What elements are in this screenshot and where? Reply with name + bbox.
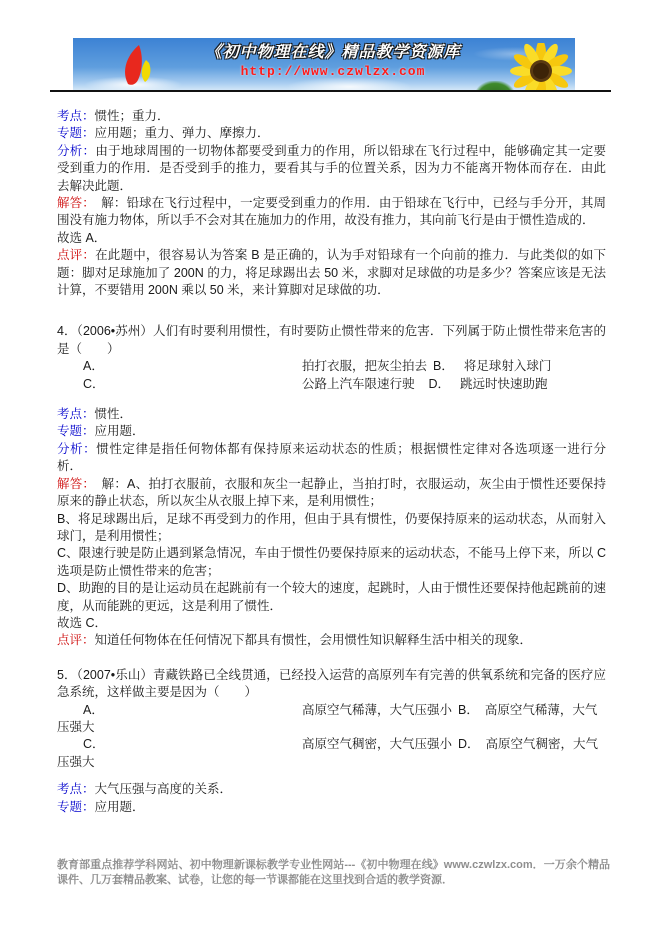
dianping-text: 在此题中，很容易认为答案 B 是正确的，认为手对铅球有一个向前的推力．与此类似的…	[57, 248, 606, 297]
option-b-label: B．	[433, 359, 454, 373]
option-b-text-part1: 高原空气稀薄，大气	[485, 703, 598, 717]
option-c-text: 公路上汽车限速行驶	[302, 377, 415, 391]
kaodian-row: 考点：惯性；重力．	[57, 108, 606, 125]
option-c-label: C．	[83, 377, 105, 391]
fenxi-text: 惯性定律是指任何物体都有保持原来运动状态的性质；根据惯性定律对各选项逐一进行分析…	[57, 442, 606, 473]
footer-note: 教育部重点推荐学科网站、初中物理新课标教学专业性网站---《初中物理在线》www…	[57, 858, 610, 888]
option-d-label: D．	[429, 377, 451, 391]
jieda-item-d: D、助跑的目的是让运动员在起跳前有一个较大的速度，起跳时，人由于惯性还要保持他起…	[57, 580, 606, 615]
site-title: 《初中物理在线》精品教学资源库	[168, 43, 498, 63]
zhuanti-row: 专题：应用题．	[57, 799, 606, 816]
zhuanti-text: 应用题；重力、弹力、摩擦力．	[95, 126, 270, 140]
option-b-text: 将足球射入球门	[464, 359, 552, 373]
kaodian-row: 考点：惯性．	[57, 406, 606, 423]
answer-choice-line: 故选 A．	[57, 230, 606, 247]
jieda-row: 解答： 解：铅球在飞行过程中，一定要受到重力的作用．由于铅球在飞行中，已经与手分…	[57, 195, 606, 230]
option-a-label: A．	[83, 703, 104, 717]
zhuanti-row: 专题：应用题．	[57, 423, 606, 440]
option-b-label: B．	[458, 703, 479, 717]
header-divider	[50, 90, 611, 92]
jieda-item-b: B、将足球踢出后，足球不再受到力的作用，但由于具有惯性，仍要保持原来的运动状态，…	[57, 511, 606, 546]
kaodian-label: 考点：	[57, 109, 95, 123]
jieda-text: 解：A、拍打衣服前，衣服和灰尘一起静止，当拍打时，衣服运动，灰尘由于惯性还要保持…	[57, 477, 606, 508]
jieda-row: 解答： 解：A、拍打衣服前，衣服和灰尘一起静止，当拍打时，衣服运动，灰尘由于惯性…	[57, 476, 606, 511]
jieda-item-c: C、限速行驶是防止遇到紧急情况，车由于惯性仍要保持原来的运动状态，不能马上停下来…	[57, 545, 606, 580]
fenxi-label: 分析：	[57, 442, 96, 456]
dianping-row: 点评：在此题中，很容易认为答案 B 是正确的，认为手对铅球有一个向前的推力．与此…	[57, 247, 606, 299]
kaodian-text: 大气压强与高度的关系．	[95, 782, 233, 796]
sunflower-icon	[503, 43, 573, 91]
question4-row1-text: 拍打衣服，把灰尘拍去B．将足球射入球门	[302, 358, 551, 375]
kaodian-row: 考点：大气压强与高度的关系．	[57, 781, 606, 798]
zhuanti-row: 专题：应用题；重力、弹力、摩擦力．	[57, 125, 606, 142]
dianping-label: 点评：	[57, 633, 95, 647]
kaodian-label: 考点：	[57, 407, 95, 421]
option-d-text-part2: 压强大	[57, 754, 606, 771]
site-url-link[interactable]: http://www.czwlzx.com	[168, 63, 498, 81]
option-a-text: 拍打衣服，把灰尘拍去	[302, 359, 427, 373]
site-logo-icon	[115, 43, 159, 89]
option-c-label: C．	[83, 737, 105, 751]
answer-choice-line: 故选 C．	[57, 615, 606, 632]
jieda-text: 解：铅球在飞行过程中，一定要受到重力的作用．由于铅球在飞行中，已经与手分开，其周…	[57, 196, 606, 227]
question4-options-row2: C． 公路上汽车限速行驶D．跳远时快速助跑	[57, 376, 606, 393]
fenxi-row: 分析：由于地球周围的一切物体都要受到重力的作用，所以铅球在飞行过程中，能够确定其…	[57, 143, 606, 195]
option-c-text: 高原空气稠密，大气压强小	[302, 737, 452, 751]
question5-options-row2: C． 高原空气稠密，大气压强小D．高原空气稠密，大气	[57, 736, 606, 753]
option-d-text-part1: 高原空气稠密，大气	[486, 737, 599, 751]
question4-row2-text: 公路上汽车限速行驶D．跳远时快速助跑	[302, 376, 548, 393]
document-content: 考点：惯性；重力． 专题：应用题；重力、弹力、摩擦力． 分析：由于地球周围的一切…	[57, 100, 606, 816]
fenxi-text: 由于地球周围的一切物体都要受到重力的作用，所以铅球在飞行过程中，能够确定其一定要…	[57, 144, 606, 193]
option-d-label: D．	[458, 737, 480, 751]
question5-options-row1: A． 高原空气稀薄，大气压强小B．高原空气稀薄，大气	[57, 702, 606, 719]
zhuanti-label: 专题：	[57, 126, 95, 140]
zhuanti-label: 专题：	[57, 424, 95, 438]
option-d-text: 跳远时快速助跑	[460, 377, 548, 391]
zhuanti-text: 应用题．	[95, 800, 145, 814]
fenxi-label: 分析：	[57, 144, 95, 158]
jieda-label: 解答：	[57, 196, 89, 210]
option-b-text-part2: 压强大	[57, 719, 606, 736]
kaodian-text: 惯性；重力．	[95, 109, 170, 123]
zhuanti-text: 应用题．	[95, 424, 145, 438]
dianping-row: 点评：知道任何物体在任何情况下都具有惯性，会用惯性知识解释生活中相关的现象．	[57, 632, 606, 649]
kaodian-label: 考点：	[57, 782, 95, 796]
site-banner: 《初中物理在线》精品教学资源库 http://www.czwlzx.com	[73, 38, 575, 91]
option-a-label: A．	[83, 359, 104, 373]
question4-options-row1: A． 拍打衣服，把灰尘拍去B．将足球射入球门	[57, 358, 606, 375]
kaodian-text: 惯性．	[95, 407, 133, 421]
question4-stem: 4．（2006•苏州）人们有时要利用惯性，有时要防止惯性带来的危害．下列属于防止…	[57, 323, 606, 358]
zhuanti-label: 专题：	[57, 800, 95, 814]
question5-row1-text: 高原空气稀薄，大气压强小B．高原空气稀薄，大气	[302, 702, 597, 719]
jieda-label: 解答：	[57, 477, 89, 491]
question5-row2-text: 高原空气稠密，大气压强小D．高原空气稠密，大气	[302, 736, 598, 753]
fenxi-row: 分析：惯性定律是指任何物体都有保持原来运动状态的性质；根据惯性定律对各选项逐一进…	[57, 441, 606, 476]
dianping-text: 知道任何物体在任何情况下都具有惯性，会用惯性知识解释生活中相关的现象．	[95, 633, 533, 647]
question5-stem: 5．（2007•乐山）青藏铁路已全线贯通，已经投入运营的高原列车有完善的供氧系统…	[57, 667, 606, 702]
option-a-text: 高原空气稀薄，大气压强小	[302, 703, 452, 717]
dianping-label: 点评：	[57, 248, 95, 262]
